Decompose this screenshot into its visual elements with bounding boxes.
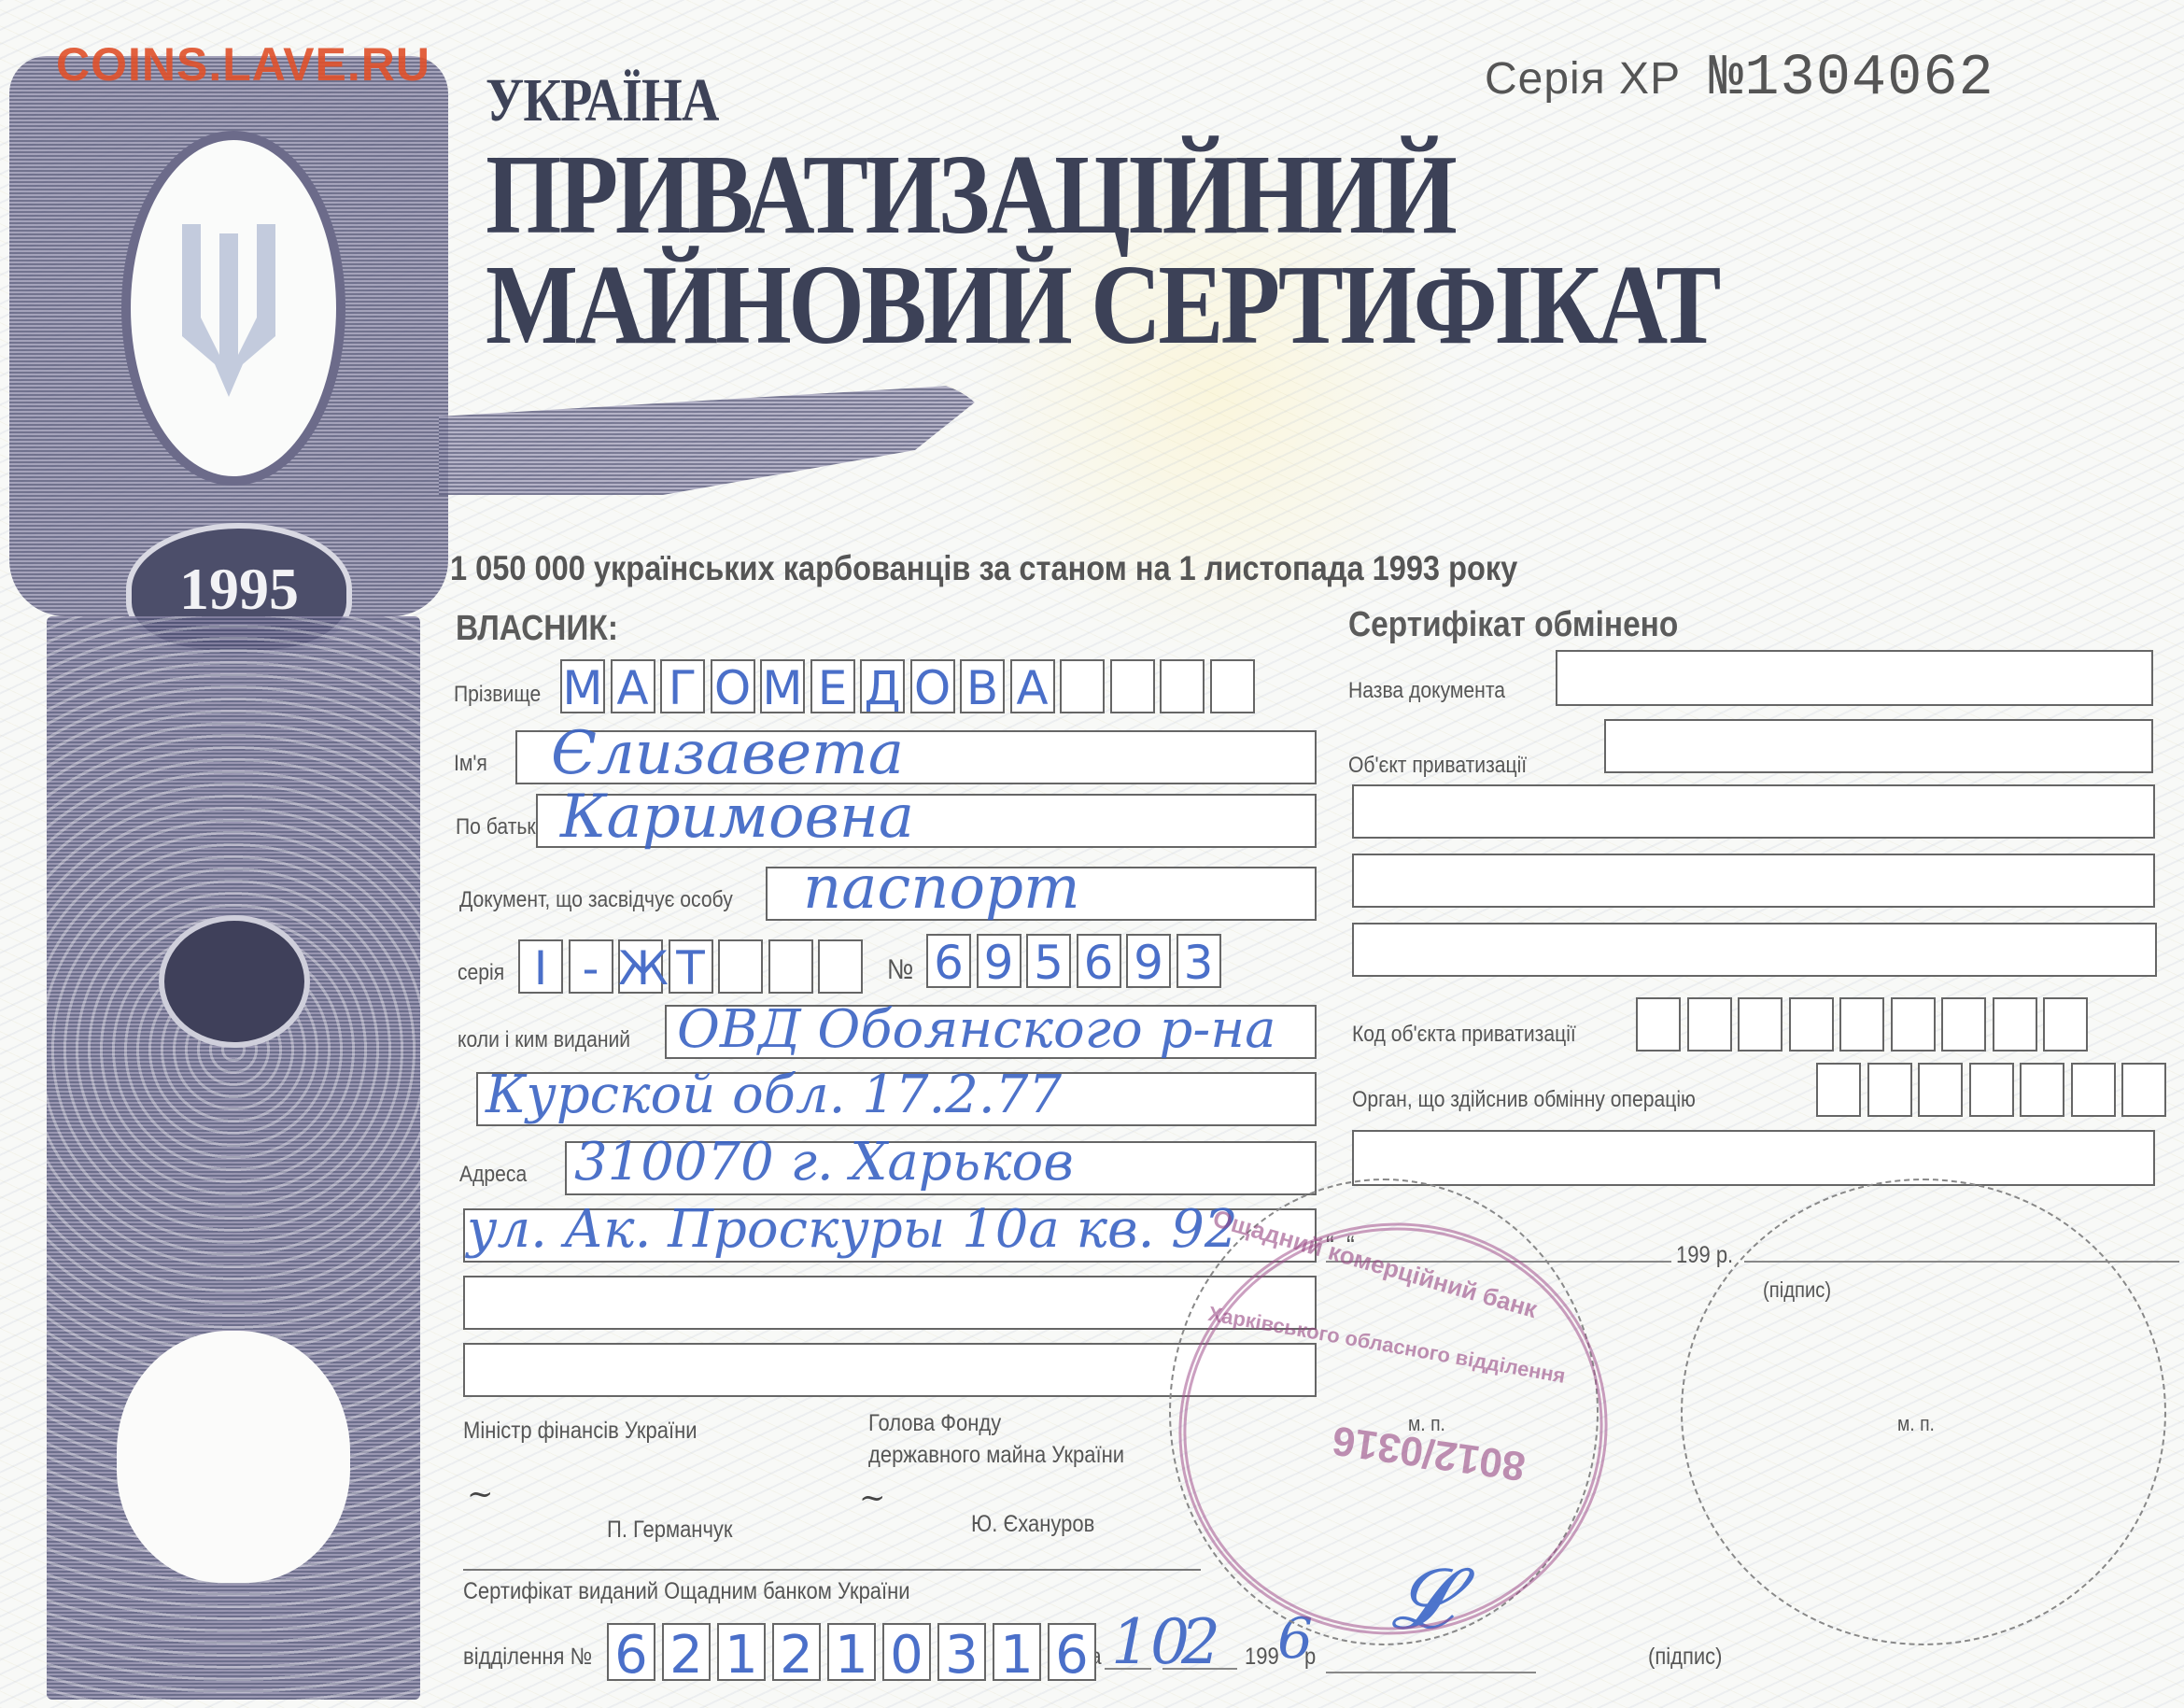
branch-char: 0 xyxy=(882,1625,931,1686)
issued-by-line-1: ОВД Обоянского р-на xyxy=(677,999,1276,1060)
object-label: Об'єкт приватизації xyxy=(1348,753,1527,779)
patronymic-value: Каримовна xyxy=(560,783,914,852)
surname-char: О xyxy=(910,661,955,715)
passport-number-char: 5 xyxy=(1026,936,1071,990)
agency-code-cell[interactable] xyxy=(1867,1063,1912,1117)
branch-char: 6 xyxy=(1048,1625,1096,1686)
issue-date-month[interactable]: 2 xyxy=(1181,1606,1220,1678)
agency-code-cell[interactable] xyxy=(2071,1063,2116,1117)
passport-series-cell[interactable] xyxy=(768,939,813,994)
nominal-amount: 1 050 000 українських карбованців за ста… xyxy=(450,549,1517,588)
agency-code-cell[interactable] xyxy=(1918,1063,1963,1117)
surname-cell[interactable] xyxy=(1160,659,1205,713)
surname-char: О xyxy=(711,661,755,715)
watermark-window xyxy=(117,1331,350,1583)
series-label: Серія ХР xyxy=(1485,54,1681,104)
object-extra-field-1[interactable] xyxy=(1352,784,2155,839)
agency-code-cell[interactable] xyxy=(2020,1063,2064,1117)
agency-label: Орган, що здійснив обмінну операцію xyxy=(1352,1087,1696,1113)
branch-char: 2 xyxy=(662,1625,711,1686)
surname-char: М xyxy=(760,661,805,715)
object-extra-field-3[interactable] xyxy=(1352,923,2157,977)
name-label: Ім'я xyxy=(454,751,487,777)
passport-number-char: 6 xyxy=(926,936,971,990)
branch-char: 1 xyxy=(993,1625,1041,1686)
address-label: Адреса xyxy=(459,1162,527,1188)
object-field[interactable] xyxy=(1604,719,2153,773)
agency-code-cell[interactable] xyxy=(2121,1063,2166,1117)
bank-signature-caption: (підпис) xyxy=(1648,1644,1723,1671)
ornament-medallion xyxy=(159,915,310,1048)
object-code-cell[interactable] xyxy=(1738,997,1782,1052)
document-title: ПРИВАТИЗАЦІЙНИЙ МАЙНОВИЙ СЕРТИФІКАТ xyxy=(486,140,1718,360)
surname-char: М xyxy=(560,661,605,715)
object-code-cell[interactable] xyxy=(1687,997,1732,1052)
minister-name: П. Германчук xyxy=(607,1517,733,1544)
serial-number: Серія ХР№1304062 xyxy=(1485,45,1994,111)
issued-by-label: коли і ким виданий xyxy=(458,1027,630,1053)
branch-char: 6 xyxy=(607,1625,655,1686)
passport-series-label: серія xyxy=(458,960,504,986)
passport-series-char: Ж xyxy=(618,941,663,995)
bank-signature-line xyxy=(1326,1672,1536,1673)
country-name: УКРАЇНА xyxy=(486,65,718,136)
exchange-heading: Сертифікат обмінено xyxy=(1348,605,1678,645)
surname-char: Г xyxy=(660,661,705,715)
doc-name-label: Назва документа xyxy=(1348,678,1505,704)
trident-icon xyxy=(173,215,285,402)
surname-cell[interactable] xyxy=(1060,659,1105,713)
surname-char: Д xyxy=(860,661,905,715)
minister-title: Міністр фінансів України xyxy=(463,1418,697,1445)
object-code-cell[interactable] xyxy=(2043,997,2088,1052)
decorative-ornament: 1995 xyxy=(9,56,448,1700)
passport-series-char: - xyxy=(569,941,613,995)
object-code-cell[interactable] xyxy=(1789,997,1834,1052)
surname-char: В xyxy=(960,661,1005,715)
id-document-label: Документ, що засвідчує особу xyxy=(459,887,733,913)
passport-number-char: 9 xyxy=(977,936,1022,990)
passport-series-cell[interactable] xyxy=(718,939,763,994)
agency-field[interactable] xyxy=(1352,1130,2155,1186)
issue-date-suffix: р xyxy=(1304,1644,1316,1671)
passport-number-label: № xyxy=(887,954,913,986)
branch-char: 2 xyxy=(772,1625,821,1686)
address-line-2: ул. Ак. Проскуры 10а кв. 92 xyxy=(467,1199,1237,1260)
issued-by-line-2: Курской обл. 17.2.77 xyxy=(486,1065,1062,1125)
surname-char: Е xyxy=(810,661,855,715)
passport-series-cell[interactable] xyxy=(818,939,863,994)
divider xyxy=(463,1569,1201,1571)
id-document-value: паспорт xyxy=(803,854,1080,923)
issue-date-year: 199 xyxy=(1245,1644,1279,1671)
passport-number-char: 3 xyxy=(1177,936,1221,990)
certificate-number: №1304062 xyxy=(1709,45,1994,111)
issued-by-bank: Сертифікат виданий Ощадним банком Україн… xyxy=(463,1578,910,1605)
title-line-2: МАЙНОВИЙ СЕРТИФІКАТ xyxy=(486,250,1718,360)
doc-name-field[interactable] xyxy=(1556,650,2153,706)
object-code-label: Код об'єкта приватизації xyxy=(1352,1022,1576,1048)
address-line-1: 310070 г. Харьков xyxy=(574,1132,1074,1193)
branch-char: 1 xyxy=(717,1625,766,1686)
object-code-cell[interactable] xyxy=(1891,997,1936,1052)
branch-char: 3 xyxy=(937,1625,986,1686)
passport-series-char: I xyxy=(518,941,563,995)
passport-series-char: Т xyxy=(669,941,713,995)
exchange-date-year: 199 р. xyxy=(1676,1242,1733,1269)
passport-number-char: 6 xyxy=(1077,936,1121,990)
minister-signature: ~ xyxy=(467,1475,494,1513)
branch-char: 1 xyxy=(827,1625,876,1686)
fund-head-signature: ~ xyxy=(859,1479,886,1517)
agency-code-cell[interactable] xyxy=(1816,1063,1861,1117)
fund-title-line-1: Голова Фонду xyxy=(868,1410,1001,1437)
seal-placeholder-right: м. п. xyxy=(1897,1412,1935,1436)
object-code-cell[interactable] xyxy=(1941,997,1986,1052)
surname-char: А xyxy=(611,661,655,715)
object-code-cell[interactable] xyxy=(1636,997,1681,1052)
agency-code-cell[interactable] xyxy=(1969,1063,2014,1117)
fund-head-name: Ю. Єхануров xyxy=(971,1511,1094,1538)
surname-cell[interactable] xyxy=(1110,659,1155,713)
name-value: Єлизавета xyxy=(551,719,904,788)
title-line-1: ПРИВАТИЗАЦІЙНИЙ xyxy=(486,140,1718,250)
passport-number-char: 9 xyxy=(1126,936,1171,990)
branch-label: відділення № xyxy=(463,1644,592,1671)
object-code-cell[interactable] xyxy=(1839,997,1884,1052)
object-code-cell[interactable] xyxy=(1993,997,2037,1052)
stamp-number: 8012/0316 xyxy=(1330,1416,1529,1489)
surname-label: Прізвище xyxy=(454,682,541,708)
owner-heading: ВЛАСНИК: xyxy=(456,609,618,649)
object-extra-field-2[interactable] xyxy=(1352,854,2155,908)
surname-cell[interactable] xyxy=(1210,659,1255,713)
fund-title-line-2: державного майна України xyxy=(868,1442,1124,1469)
surname-char: А xyxy=(1010,661,1055,715)
site-watermark: COINS.LAVE.RU xyxy=(56,37,430,92)
